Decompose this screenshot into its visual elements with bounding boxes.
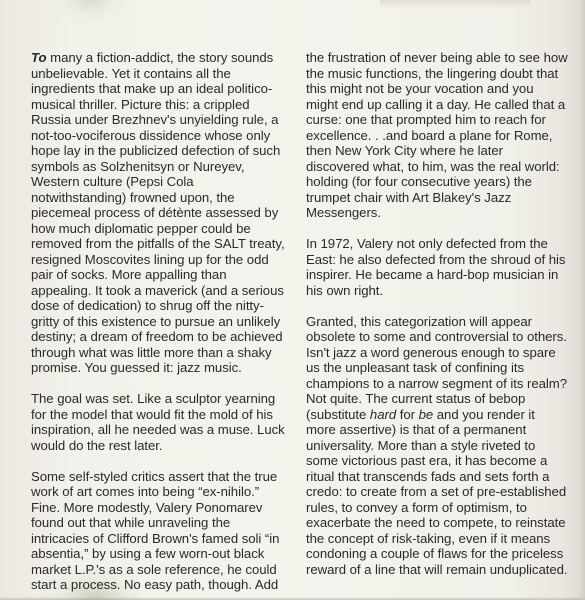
- left-text-column: To many a fiction-addict, the story soun…: [31, 50, 289, 593]
- emphasis-hard: hard: [370, 407, 396, 422]
- edge-shadow-top: [380, 0, 530, 8]
- emphasis-be: be: [419, 407, 434, 422]
- page-right-edge: [579, 0, 585, 600]
- paragraph-1972: In 1972, Valery not only defected from t…: [306, 236, 568, 298]
- tray-holder-shadow-top: [50, 0, 130, 24]
- paragraph-frustration: the frustration of never being able to s…: [306, 50, 568, 221]
- paragraph-critics: Some self-styled critics assert that the…: [31, 469, 289, 593]
- paragraph-intro: To many a fiction-addict, the story soun…: [31, 50, 289, 376]
- paragraph-text-mid: for: [396, 407, 418, 422]
- drop-lead-word: To: [31, 50, 47, 65]
- paragraph-text-after: and you render it more assertive) is tha…: [306, 407, 568, 577]
- paragraph-text: many a fiction-addict, the story sounds …: [31, 50, 285, 375]
- paragraph-categorization: Granted, this categorization will appear…: [306, 314, 568, 578]
- booklet-page: To many a fiction-addict, the story soun…: [0, 0, 585, 600]
- paragraph-text-before: Granted, this categorization will appear…: [306, 314, 567, 422]
- paragraph-goal: The goal was set. Like a sculptor yearni…: [31, 391, 289, 453]
- right-text-column: the frustration of never being able to s…: [306, 50, 568, 577]
